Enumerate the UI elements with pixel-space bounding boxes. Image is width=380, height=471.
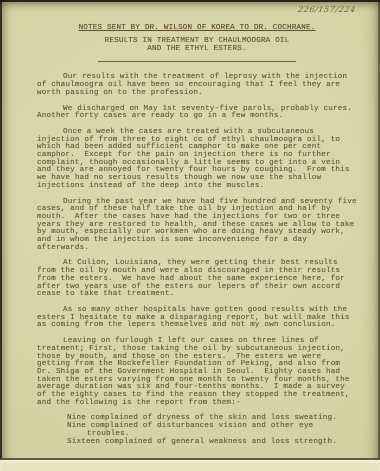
complaint-item-vision: Nine complained of disturbances vision a… <box>67 423 357 438</box>
paper-edge-top <box>0 0 380 2</box>
complaint-item-weakness: Sixteen complained of general weakness a… <box>67 439 357 447</box>
paragraph-results-intro: Our results with the treatment of lepros… <box>37 74 357 97</box>
paper-edge-left <box>0 0 2 459</box>
title-rule <box>98 60 296 62</box>
paragraph-culion-louisiana: At Culion, Louisiana, they were getting … <box>37 260 357 299</box>
handwritten-ref-number: 226/157/224 <box>297 5 356 14</box>
paragraph-discharged: We discharged on May 1st seventy-five pa… <box>37 106 357 121</box>
complaints-list: Nine complained of dryness of the skin a… <box>37 415 357 446</box>
paragraph-past-year-cases: During the past year we have had five hu… <box>37 199 357 253</box>
document-title: NOTES SENT BY DR. WILSON OF KOREA TO DR.… <box>37 24 357 33</box>
surface-below-paper <box>0 460 380 471</box>
document-subtitle-line2: AND THE ETHYL ESTERS. <box>37 46 357 54</box>
document-photo: 226/157/224 NOTES SENT BY DR. WILSON OF … <box>0 0 380 471</box>
paragraph-weekly-injection: Once a week the cases are treated with a… <box>37 129 357 191</box>
paragraph-disparaging-report: As so many other hospitals have gotten g… <box>37 307 357 330</box>
document-body: Our results with the treatment of lepros… <box>37 74 357 446</box>
document-content: NOTES SENT BY DR. WILSON OF KOREA TO DR.… <box>37 24 357 446</box>
paragraph-furlough-survey: Leaving on furlough I left our cases on … <box>37 338 357 407</box>
